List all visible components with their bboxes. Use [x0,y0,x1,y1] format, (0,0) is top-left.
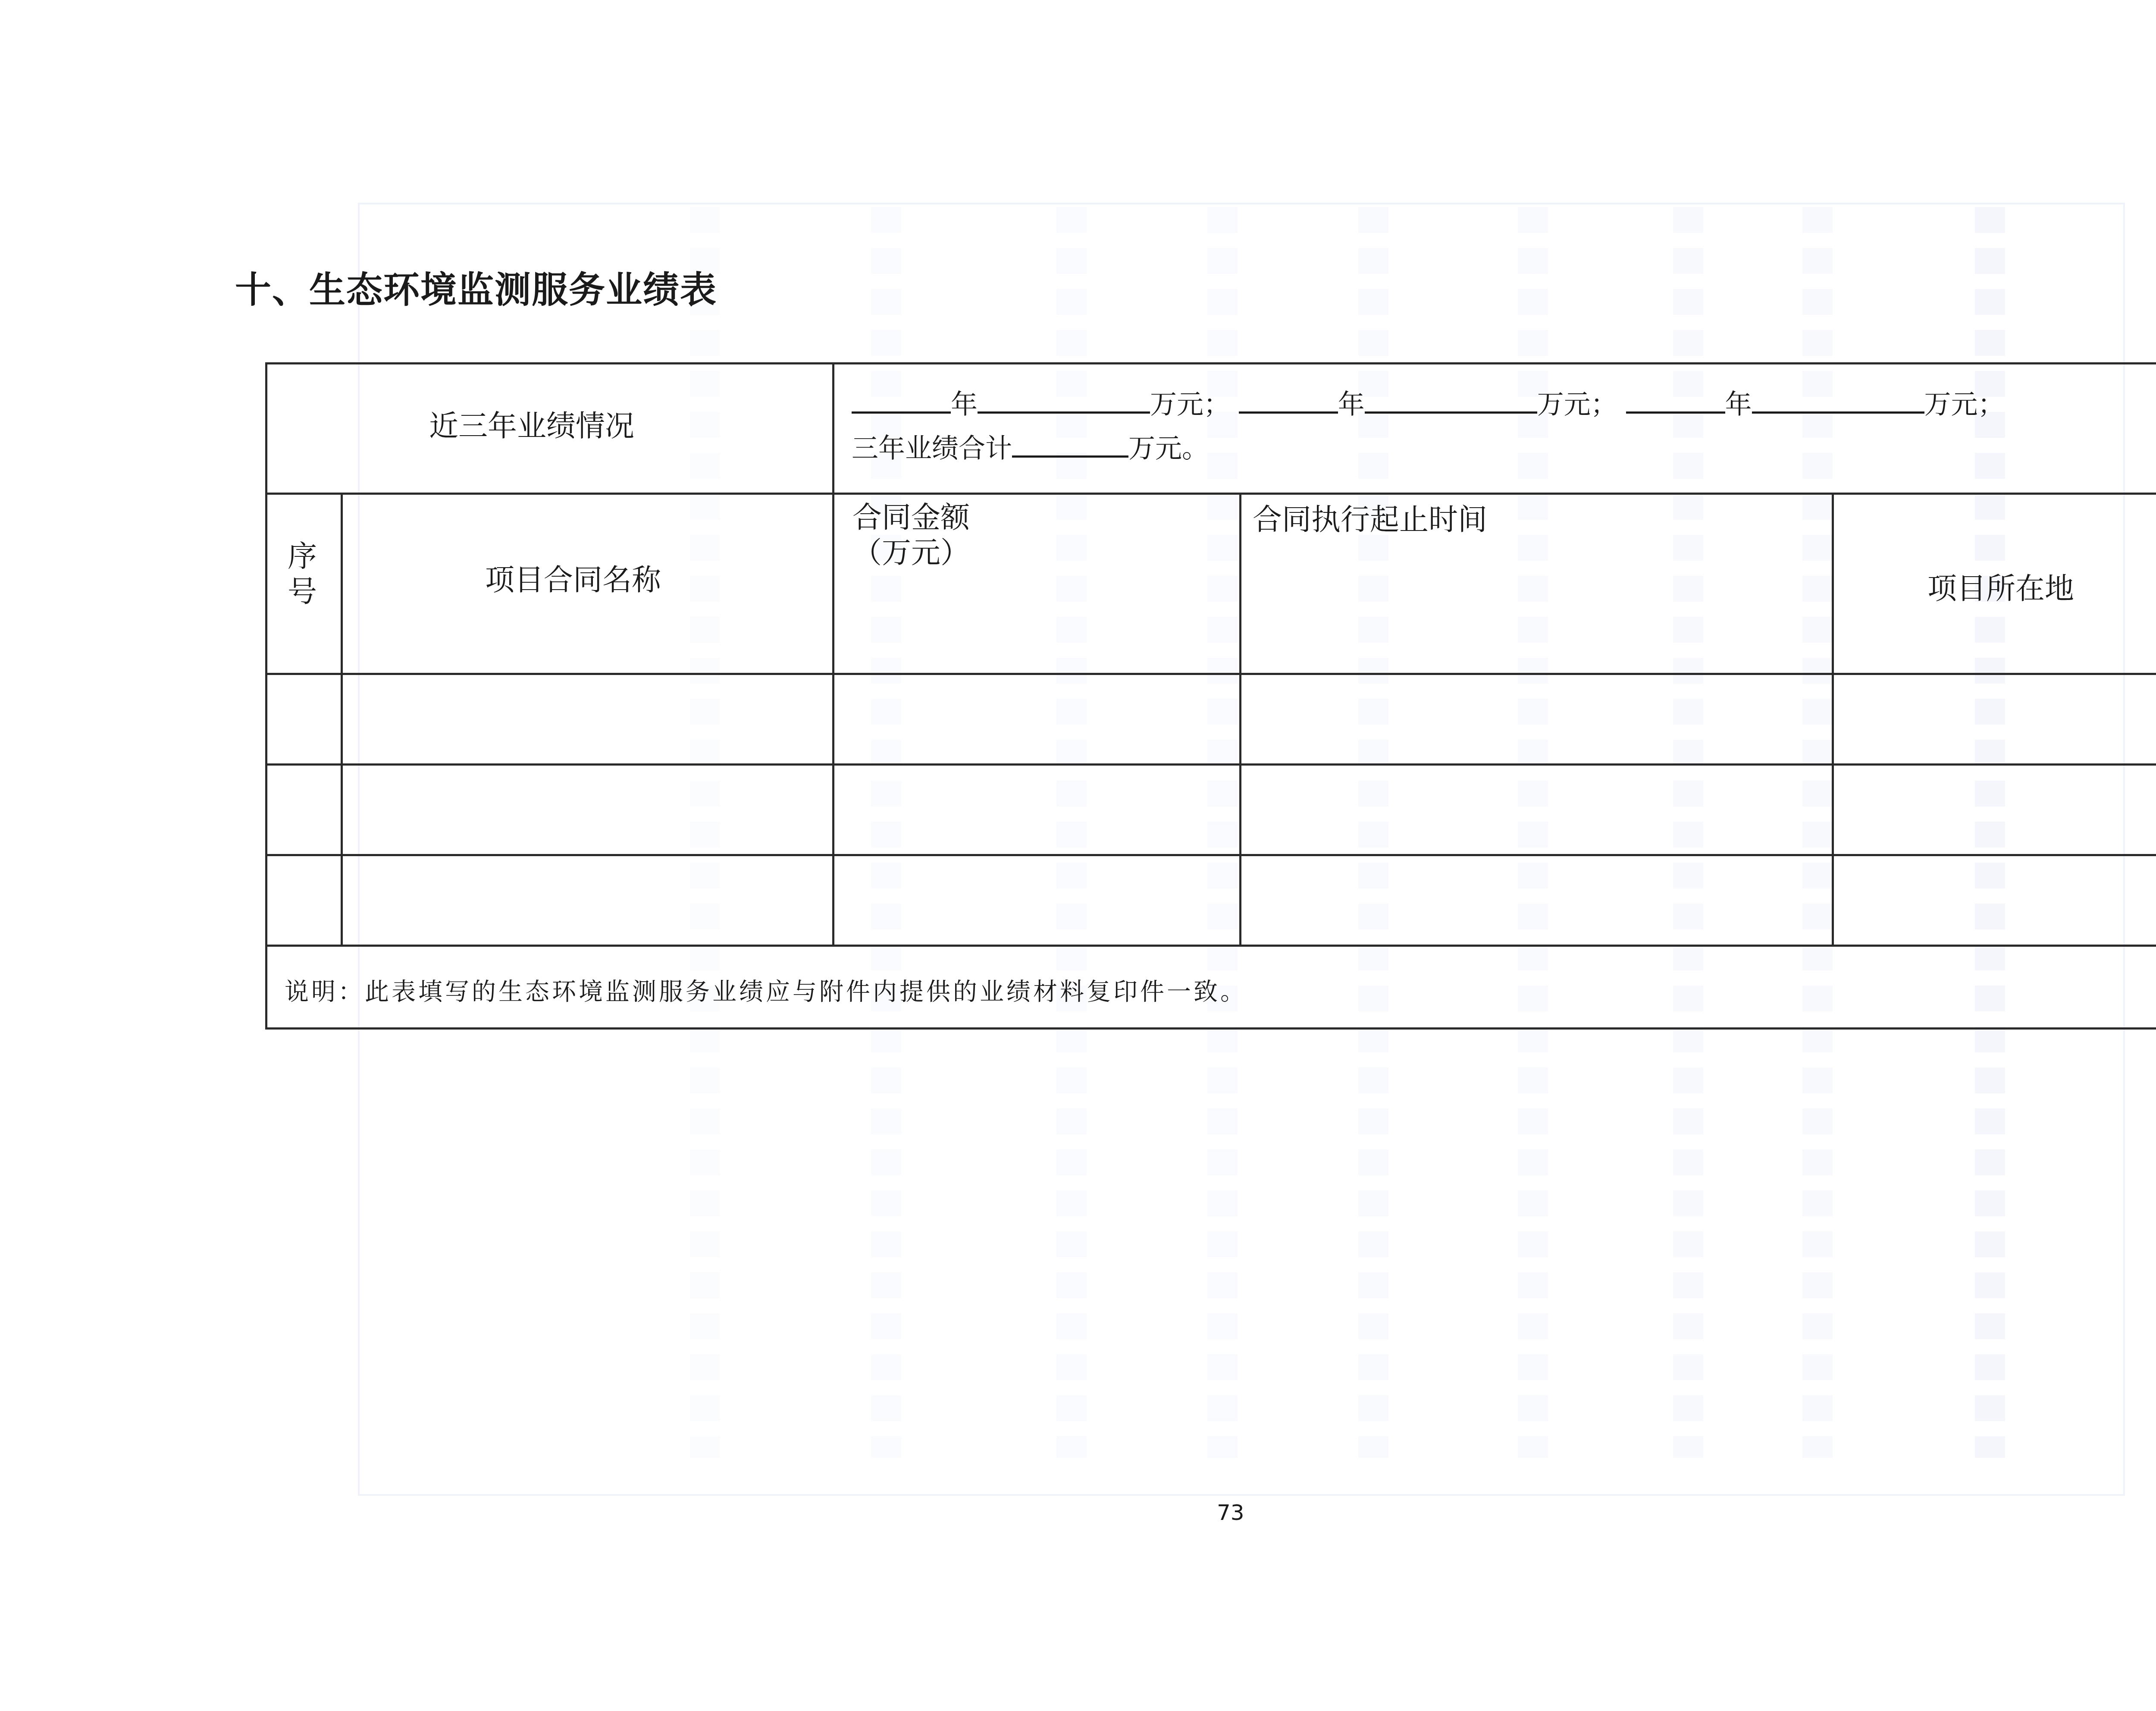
column-header-amount-line2: （万元） [852,536,970,571]
table-rule [265,854,2156,856]
table-cell-period[interactable] [1244,768,1827,850]
column-header-index: 序 号 [288,539,317,609]
table-rule [1239,493,1241,945]
column-header-index-line2: 号 [288,575,317,610]
table-note: 说明：此表填写的生态环境监测服务业绩应与附件内提供的业绩材料复印件一致。 [285,973,1247,1007]
total-suffix: 万元。 [1128,433,1209,464]
table-rule [341,493,343,945]
table-cell-period[interactable] [1244,677,1827,759]
column-header-contract-name: 项目合同名称 [485,563,661,598]
amount-suffix: 万元； [1537,389,1617,420]
year-3-field[interactable] [1626,385,1725,414]
amount-1-field[interactable] [978,385,1150,414]
table-rule [1832,493,1834,945]
table-border-left [265,362,267,1030]
column-header-amount-line1: 合同金额 [852,500,970,536]
table-rule [265,763,2156,766]
three-year-total-line: 三年业绩合计万元。 [852,427,1209,465]
table-border-bottom [265,1027,2156,1030]
column-header-period: 合同执行起止时间 [1253,502,1487,538]
table-cell-amount[interactable] [837,768,1235,850]
column-header-index-line1: 序 [288,539,317,575]
table-cell-amount[interactable] [837,858,1235,940]
amount-suffix: 万元； [1150,389,1230,420]
table-rule [265,493,2156,495]
year-suffix: 年 [1338,389,1365,420]
page-number: 73 [1217,1500,1244,1525]
year-1-field[interactable] [852,385,951,414]
table-rule [832,362,834,945]
table-cell-location[interactable] [1836,677,2156,759]
year-2-field[interactable] [1239,385,1338,414]
table-cell-contract-name[interactable] [345,768,828,850]
year-suffix: 年 [951,389,978,420]
table-cell-location[interactable] [1836,858,2156,940]
total-prefix: 三年业绩合计 [852,433,1012,464]
table-rule [265,945,2156,947]
table-cell-contract-name[interactable] [345,677,828,759]
table-rule [265,673,2156,675]
table-cell-index[interactable] [269,677,336,759]
amount-suffix: 万元； [1924,389,2005,420]
summary-row-label: 近三年业绩情况 [429,409,634,444]
table-cell-amount[interactable] [837,677,1235,759]
three-year-total-field[interactable] [1012,429,1128,458]
amount-3-field[interactable] [1752,385,1924,414]
table-cell-index[interactable] [269,858,336,940]
table-cell-period[interactable] [1244,858,1827,940]
table-cell-contract-name[interactable] [345,858,828,940]
table-cell-location[interactable] [1836,768,2156,850]
table-border-top [265,362,2156,364]
column-header-amount: 合同金额 （万元） [852,500,970,571]
column-header-location: 项目所在地 [1927,571,2074,607]
yearly-performance-line: 年万元； 年万元； 年万元； [852,383,2005,421]
amount-2-field[interactable] [1365,385,1537,414]
performance-table: 近三年业绩情况 年万元； 年万元； 年万元； 三年业绩合计万元。 序 号 项目合… [265,362,2156,1030]
section-title: 十、生态环境监测服务业绩表 [235,261,717,313]
year-suffix: 年 [1725,389,1752,420]
table-cell-index[interactable] [269,768,336,850]
